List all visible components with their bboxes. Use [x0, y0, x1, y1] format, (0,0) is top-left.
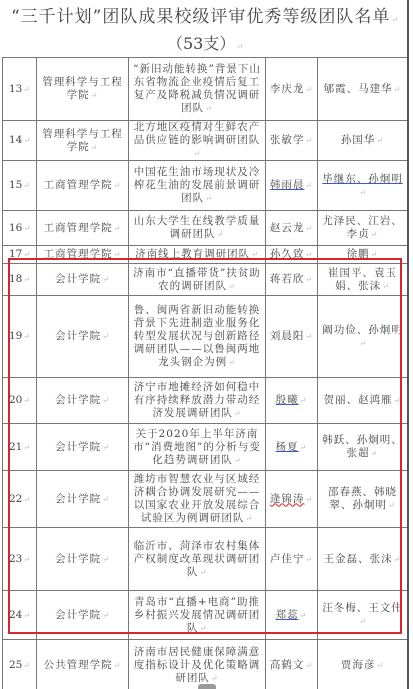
college-cell: 工商管理学院↵ — [37, 211, 129, 246]
team-name-cell: 青岛市“直播+电商”助推乡村振兴发展情况调研团队↵ — [129, 591, 266, 640]
team-name-cell: 北方地区疫情对生鲜农产品供应链的影响调研团队↵ — [129, 121, 266, 161]
row-number: 14↵ — [3, 121, 37, 161]
paragraph-mark-icon: ↵ — [102, 443, 110, 452]
college-cell: 管理科学与工程学院↵ — [37, 58, 129, 121]
paragraph-mark-icon: ↵ — [300, 611, 308, 620]
college-cell-text: 工商管理学院 — [44, 179, 113, 191]
team-name-cell-text: 中国花生油市场现状及冷榨花生油的发展前景调研团队 — [134, 166, 261, 204]
paragraph-mark-icon: ↵ — [23, 495, 30, 504]
paragraph-mark-icon: ↵ — [305, 661, 313, 670]
college-cell: 会计学院↵ — [37, 296, 129, 378]
team-name-cell-text: “新旧动能转换”背景下山东省物流企业疫情后复工复产及降税减负情况调研团队 — [133, 63, 261, 114]
paragraph-mark-icon: ↵ — [91, 143, 99, 152]
paragraph-mark-icon: ↵ — [23, 661, 30, 670]
team-name-cell-text: 济南线上教育调研团队 — [135, 248, 250, 260]
row-number-text: 23 — [9, 553, 22, 565]
paragraph-mark-icon: ↵ — [205, 194, 213, 203]
paragraph-mark-icon: ↵ — [305, 332, 313, 341]
paragraph-mark-icon: ↵ — [205, 104, 213, 113]
college-cell-text: 会计学院 — [55, 394, 101, 406]
row-number-text: 14 — [9, 134, 22, 146]
table-row: 14↵管理科学与工程学院↵北方地区疫情对生鲜农产品供应链的影响调研团队↵张敏学↵… — [3, 121, 408, 161]
paragraph-mark-icon: ↵ — [359, 339, 367, 348]
scroll-handle[interactable] — [198, 684, 216, 689]
table-row: 22↵会计学院↵潍坊市智慧农业与区域经济耦合协调发展研究——以国家农业开放发展综… — [3, 471, 408, 528]
paragraph-mark-icon: ↵ — [23, 85, 30, 94]
paragraph-mark-icon: ↵ — [199, 568, 207, 577]
paragraph-mark-icon: ↵ — [305, 85, 313, 94]
college-cell-text: 管理科学与工程学院 — [42, 128, 123, 153]
title-text: “三千计划”团队成果校级评审优秀等级团队名单 — [11, 7, 390, 27]
paragraph-mark-icon: ↵ — [245, 514, 253, 523]
leader-cell-text: 刘晨阳 — [270, 330, 305, 342]
paragraph-mark-icon: ↵ — [359, 617, 367, 626]
team-name-cell-text: 鲁、闽两省新旧动能转换背景下先进制造业服务化转型发展状况与创新路径调研团队——以… — [134, 304, 261, 368]
paragraph-mark-icon: ↵ — [382, 282, 390, 291]
advisors-cell: 韩跃、孙炯明、张超↵ — [318, 424, 408, 471]
paragraph-mark-icon: ↵ — [228, 282, 236, 291]
paragraph-mark-icon: ↵ — [114, 181, 122, 190]
paragraph-mark-icon: ↵ — [234, 456, 242, 465]
leader-cell: 赵云龙↵ — [266, 211, 318, 246]
leader-cell: 张敏学↵ — [266, 121, 318, 161]
paragraph-mark-icon: ↵ — [236, 42, 243, 51]
paragraph-mark-icon: ↵ — [102, 611, 110, 620]
paragraph-mark-icon: ↵ — [23, 443, 30, 452]
advisors-cell: 邵春燕、韩晓翠、孙炯明↵ — [318, 471, 408, 528]
college-cell: 公共管理学院↵ — [37, 640, 129, 689]
row-number: 19↵ — [3, 296, 37, 378]
college-cell: 会计学院↵ — [37, 471, 129, 528]
advisors-cell-text: 韩跃、孙炯明、张超 — [322, 434, 403, 459]
college-cell: 工商管理学院↵ — [37, 246, 129, 264]
team-name-cell: “新旧动能转换”背景下山东省物流企业疫情后复工复产及降税减负情况调研团队↵ — [129, 58, 266, 121]
document-subtitle: （53支）↵ — [0, 31, 410, 54]
paragraph-mark-icon: ↵ — [217, 230, 225, 239]
row-number-text: 22 — [9, 493, 22, 505]
advisors-cell-text: 汪冬梅、王文伟 — [322, 602, 403, 614]
row-number: 24↵ — [3, 591, 37, 640]
row-number: 16↵ — [3, 211, 37, 246]
leader-cell: 孙久致↵ — [266, 246, 318, 264]
paragraph-mark-icon: ↵ — [305, 136, 313, 145]
row-number: 21↵ — [3, 424, 37, 471]
row-number-text: 18 — [9, 273, 22, 285]
advisors-cell: 王金磊、张沫↵ — [318, 528, 408, 591]
row-number-text: 19 — [9, 330, 22, 342]
paragraph-mark-icon: ↵ — [371, 230, 379, 239]
paragraph-mark-icon: ↵ — [305, 250, 313, 259]
paragraph-mark-icon: ↵ — [102, 555, 110, 564]
college-cell: 会计学院↵ — [37, 378, 129, 424]
advisors-cell: 阚功俭、孙炯明↵ — [318, 296, 408, 378]
leader-cell-text: 蒋若欣 — [270, 273, 305, 285]
college-cell-text: 管理科学与工程学院 — [42, 76, 123, 101]
paragraph-mark-icon: ↵ — [251, 250, 259, 259]
leader-cell-text: 卢佳宁 — [270, 553, 305, 565]
paragraph-mark-icon: ↵ — [305, 275, 313, 284]
leader-cell-text: 张敏学 — [270, 134, 305, 146]
paragraph-mark-icon: ↵ — [23, 224, 30, 233]
college-cell-text: 工商管理学院 — [44, 222, 113, 234]
table-row: 13↵管理科学与工程学院↵“新旧动能转换”背景下山东省物流企业疫情后复工复产及降… — [3, 58, 408, 121]
paragraph-mark-icon: ↵ — [394, 85, 402, 94]
paragraph-mark-icon: ↵ — [300, 443, 308, 452]
paragraph-mark-icon: ↵ — [394, 396, 402, 405]
row-number-text: 13 — [9, 83, 22, 95]
advisors-cell-text: 邵春燕、韩晓翠、孙炯明 — [328, 486, 397, 511]
table-row: 16↵工商管理学院↵山东大学生在线教学质量调研团队↵赵云龙↵尤泽民、江岩、李贞↵ — [3, 211, 408, 246]
college-cell: 会计学院↵ — [37, 591, 129, 640]
leader-cell: 逄锦涛↵ — [266, 471, 318, 528]
row-number-text: 16 — [9, 222, 22, 234]
paragraph-mark-icon: ↵ — [23, 555, 30, 564]
row-number-text: 17 — [9, 248, 22, 260]
team-name-cell-text: 济南市居民健康保障满意度指标设计及优化策略调研团队 — [134, 646, 261, 684]
paragraph-mark-icon: ↵ — [376, 136, 384, 145]
leader-cell: 刘晨阳↵ — [266, 296, 318, 378]
team-name-cell-text: 潍坊市智慧农业与区域经济耦合协调发展研究——以国家农业开放发展综合试验区为例调研… — [134, 473, 261, 524]
paragraph-mark-icon: ↵ — [199, 624, 207, 633]
advisors-cell: 崔国平、袁玉娟、张沫↵ — [318, 264, 408, 296]
row-number: 23↵ — [3, 528, 37, 591]
leader-cell-text: 郑蕊 — [276, 609, 299, 621]
advisors-cell: 贾海彦↵ — [318, 640, 408, 689]
leader-cell: 韩雨晨↵ — [266, 161, 318, 211]
advisors-cell-text: 郇霞、马建华 — [324, 83, 393, 95]
paragraph-mark-icon: ↵ — [23, 396, 30, 405]
team-name-cell: 济南线上教育调研团队↵ — [129, 246, 266, 264]
table-row: 17↵工商管理学院↵济南线上教育调研团队↵孙久致↵徐鹏↵ — [3, 246, 408, 264]
team-name-cell-text: 临沂市、菏泽市农村集体产权制度改革现状调研团队 — [134, 540, 261, 578]
college-cell-text: 公共管理学院 — [44, 659, 113, 671]
leader-cell-text: 逄锦涛 — [270, 493, 305, 505]
team-name-cell-text: 济南市“直播带货”扶贫助农的调研团队 — [133, 267, 261, 292]
paragraph-mark-icon: ↵ — [305, 224, 313, 233]
table-row: 18↵会计学院↵济南市“直播带货”扶贫助农的调研团队↵蒋若欣↵崔国平、袁玉娟、张… — [3, 264, 408, 296]
college-cell-text: 会计学院 — [55, 273, 101, 285]
leader-cell: 郑蕊↵ — [266, 591, 318, 640]
team-list-table: 13↵管理科学与工程学院↵“新旧动能转换”背景下山东省物流企业疫情后复工复产及降… — [2, 57, 408, 689]
table-row: 21↵会计学院↵关于2020年上半年济南市“消费地图”的分析与变化趋势调研团队↵… — [3, 424, 408, 471]
advisors-cell-text: 毕继东、孙炯明 — [322, 173, 403, 185]
paragraph-mark-icon: ↵ — [23, 181, 30, 190]
row-number-text: 24 — [9, 609, 22, 621]
document-page: “三千计划”团队成果校级评审优秀等级团队名单↵ （53支）↵ 13↵管理科学与工… — [0, 0, 413, 689]
college-cell-text: 会计学院 — [55, 553, 101, 565]
document-title: “三千计划”团队成果校级评审优秀等级团队名单↵ — [0, 2, 410, 27]
paragraph-mark-icon: ↵ — [114, 224, 122, 233]
paragraph-mark-icon: ↵ — [388, 501, 396, 510]
college-cell: 会计学院↵ — [37, 424, 129, 471]
paragraph-mark-icon: ↵ — [228, 358, 236, 367]
row-number: 18↵ — [3, 264, 37, 296]
row-number: 13↵ — [3, 58, 37, 121]
advisors-cell-text: 贾海彦 — [341, 659, 376, 671]
advisors-cell: 孙国华↵ — [318, 121, 408, 161]
leader-cell: 卢佳宁↵ — [266, 528, 318, 591]
college-cell: 会计学院↵ — [37, 264, 129, 296]
team-name-cell: 关于2020年上半年济南市“消费地图”的分析与变化趋势调研团队↵ — [129, 424, 266, 471]
paragraph-mark-icon: ↵ — [305, 555, 313, 564]
leader-cell-text: 韩雨晨 — [270, 179, 305, 191]
row-number-text: 21 — [9, 441, 22, 453]
team-name-cell-text: 山东大学生在线教学质量调研团队 — [134, 215, 261, 240]
leader-cell-text: 高鹤文 — [270, 659, 305, 671]
paragraph-mark-icon: ↵ — [394, 555, 402, 564]
leader-cell-text: 李庆龙 — [270, 83, 305, 95]
paragraph-mark-icon: ↵ — [305, 181, 313, 190]
team-name-cell: 济宁市地摊经济如何稳中有序持续释放潜力带动经济发展调研团队↵ — [129, 378, 266, 424]
leader-cell-text: 杨夏 — [276, 441, 299, 453]
team-name-cell-text: 北方地区疫情对生鲜农产品供应链的影响调研团队 — [134, 121, 261, 146]
team-name-cell: 潍坊市智慧农业与区域经济耦合协调发展研究——以国家农业开放发展综合试验区为例调研… — [129, 471, 266, 528]
table-row: 24↵会计学院↵青岛市“直播+电商”助推乡村振兴发展情况调研团队↵郑蕊↵汪冬梅、… — [3, 591, 408, 640]
advisors-cell-text: 徐鹏 — [347, 248, 370, 260]
paragraph-mark-icon: ↵ — [23, 611, 30, 620]
row-number: 25↵ — [3, 640, 37, 689]
advisors-cell-text: 孙国华 — [341, 134, 376, 146]
college-cell-text: 会计学院 — [55, 330, 101, 342]
paragraph-mark-icon: ↵ — [114, 661, 122, 670]
paragraph-mark-icon: ↵ — [23, 275, 30, 284]
college-cell-text: 会计学院 — [55, 441, 101, 453]
paragraph-mark-icon: ↵ — [102, 275, 110, 284]
college-cell-text: 会计学院 — [55, 609, 101, 621]
row-number: 15↵ — [3, 161, 37, 211]
team-name-cell: 鲁、闽两省新旧动能转换背景下先进制造业服务化转型发展状况与创新路径调研团队——以… — [129, 296, 266, 378]
paragraph-mark-icon: ↵ — [376, 661, 384, 670]
subtitle-text: （53支） — [167, 34, 235, 53]
paragraph-mark-icon: ↵ — [102, 495, 110, 504]
advisors-cell: 汪冬梅、王文伟↵ — [318, 591, 408, 640]
row-number: 20↵ — [3, 378, 37, 424]
leader-cell: 蒋若欣↵ — [266, 264, 318, 296]
advisors-cell-text: 贺丽、赵鸿雁 — [324, 394, 393, 406]
college-cell: 管理科学与工程学院↵ — [37, 121, 129, 161]
college-cell-text: 工商管理学院 — [44, 248, 113, 260]
paragraph-mark-icon: ↵ — [211, 674, 219, 683]
paragraph-mark-icon: ↵ — [305, 495, 313, 504]
advisors-cell-text: 王金磊、张沫 — [324, 553, 393, 565]
team-name-cell: 济南市“直播带货”扶贫助农的调研团队↵ — [129, 264, 266, 296]
advisors-cell: 毕继东、孙炯明↵ — [318, 161, 408, 211]
team-name-cell: 临沂市、菏泽市农村集体产权制度改革现状调研团队↵ — [129, 528, 266, 591]
paragraph-mark-icon: ↵ — [391, 15, 399, 24]
advisors-cell: 徐鹏↵ — [318, 246, 408, 264]
paragraph-mark-icon: ↵ — [194, 149, 202, 158]
table-body: 13↵管理科学与工程学院↵“新旧动能转换”背景下山东省物流企业疫情后复工复产及降… — [3, 58, 408, 689]
leader-cell: 殷曦↵ — [266, 378, 318, 424]
leader-cell-text: 孙久致 — [270, 248, 305, 260]
paragraph-mark-icon: ↵ — [91, 91, 99, 100]
leader-cell: 李庆龙↵ — [266, 58, 318, 121]
row-number-text: 15 — [9, 179, 22, 191]
college-cell-text: 会计学院 — [55, 493, 101, 505]
paragraph-mark-icon: ↵ — [371, 250, 379, 259]
team-name-cell: 中国花生油市场现状及冷榨花生油的发展前景调研团队↵ — [129, 161, 266, 211]
paragraph-mark-icon: ↵ — [300, 396, 308, 405]
paragraph-mark-icon: ↵ — [371, 449, 379, 458]
leader-cell-text: 赵云龙 — [270, 222, 305, 234]
row-number: 17↵ — [3, 246, 37, 264]
table-row: 15↵工商管理学院↵中国花生油市场现状及冷榨花生油的发展前景调研团队↵韩雨晨↵毕… — [3, 161, 408, 211]
advisors-cell: 郇霞、马建华↵ — [318, 58, 408, 121]
page-border-right — [407, 0, 409, 689]
team-name-cell: 济南市居民健康保障满意度指标设计及优化策略调研团队↵ — [129, 640, 266, 689]
table-row: 25↵公共管理学院↵济南市居民健康保障满意度指标设计及优化策略调研团队↵高鹤文↵… — [3, 640, 408, 689]
team-name-cell: 山东大学生在线教学质量调研团队↵ — [129, 211, 266, 246]
paragraph-mark-icon: ↵ — [234, 409, 242, 418]
leader-cell: 杨夏↵ — [266, 424, 318, 471]
row-number-text: 25 — [9, 659, 22, 671]
college-cell: 工商管理学院↵ — [37, 161, 129, 211]
table-row: 19↵会计学院↵鲁、闽两省新旧动能转换背景下先进制造业服务化转型发展状况与创新路… — [3, 296, 408, 378]
leader-cell-text: 殷曦 — [276, 394, 299, 406]
table-row: 23↵会计学院↵临沂市、菏泽市农村集体产权制度改革现状调研团队↵卢佳宁↵王金磊、… — [3, 528, 408, 591]
leader-cell: 高鹤文↵ — [266, 640, 318, 689]
team-name-cell-text: 青岛市“直播+电商”助推乡村振兴发展情况调研团队 — [134, 596, 261, 634]
team-name-cell-text: 关于2020年上半年济南市“消费地图”的分析与变化趋势调研团队 — [133, 428, 261, 466]
advisors-cell: 尤泽民、江岩、李贞↵ — [318, 211, 408, 246]
paragraph-mark-icon: ↵ — [23, 136, 30, 145]
row-number-text: 20 — [9, 394, 22, 406]
advisors-cell-text: 阚功俭、孙炯明 — [322, 324, 403, 336]
table-row: 20↵会计学院↵济宁市地摊经济如何稳中有序持续释放潜力带动经济发展调研团队↵殷曦… — [3, 378, 408, 424]
paragraph-mark-icon: ↵ — [23, 250, 30, 259]
paragraph-mark-icon: ↵ — [102, 332, 110, 341]
paragraph-mark-icon: ↵ — [102, 396, 110, 405]
row-number: 22↵ — [3, 471, 37, 528]
paragraph-mark-icon: ↵ — [23, 332, 30, 341]
advisors-cell-text: 尤泽民、江岩、李贞 — [322, 215, 403, 240]
advisors-cell: 贺丽、赵鸿雁↵ — [318, 378, 408, 424]
paragraph-mark-icon: ↵ — [114, 250, 122, 259]
paragraph-mark-icon: ↵ — [359, 188, 367, 197]
college-cell: 会计学院↵ — [37, 528, 129, 591]
